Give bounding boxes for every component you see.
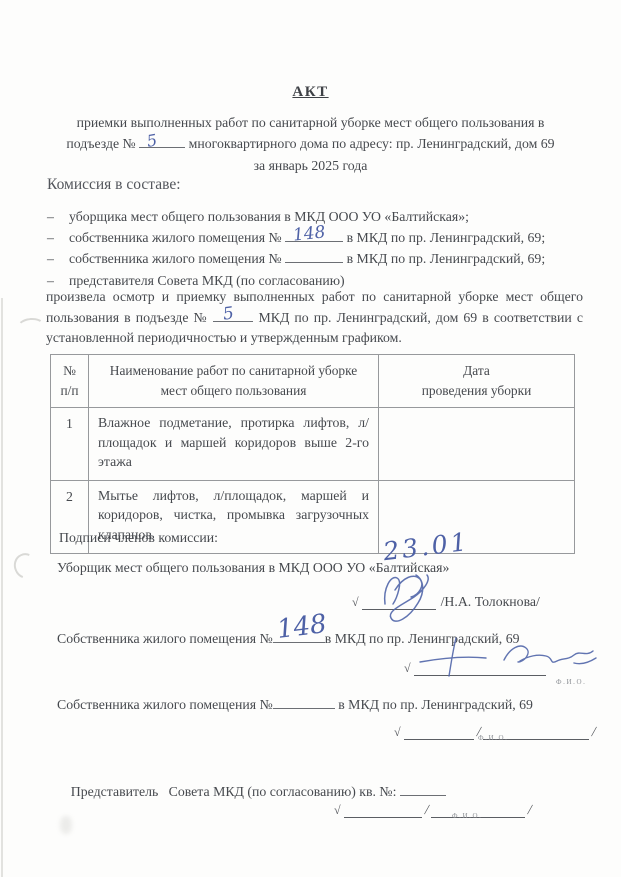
commission-item-owner1: – собственника жилого помещения № 148 в … bbox=[47, 227, 583, 248]
commission-item-text: собственника жилого помещения № в МКД по… bbox=[69, 248, 545, 269]
commission-list: – уборщика мест общего пользования в МКД… bbox=[47, 206, 583, 291]
checkmark: √ bbox=[394, 725, 401, 740]
entrance-number-blank-2: 5 bbox=[213, 307, 253, 322]
subtitle-line2-post: многоквартирного дома по адресу: пр. Лен… bbox=[189, 136, 555, 151]
owner1-apartment-handwritten: 148 bbox=[275, 609, 328, 645]
signature-line bbox=[404, 721, 474, 740]
document-title: АКТ bbox=[0, 84, 621, 101]
entrance-number-blank: 5 bbox=[139, 133, 185, 148]
row-date-cell: 23.01 bbox=[379, 480, 575, 553]
scan-edge-line bbox=[1, 298, 3, 877]
row-date-cell bbox=[379, 408, 575, 481]
representative-apartment-blank bbox=[400, 781, 446, 796]
dash-marker: – bbox=[47, 227, 69, 248]
apartment-number-handwritten: 148 bbox=[292, 220, 327, 249]
owner1-apartment-blank: 148 bbox=[273, 628, 325, 643]
table-header-num: № п/п bbox=[51, 355, 89, 408]
apartment-number-blank: 148 bbox=[285, 227, 343, 242]
fio-label: Ф.И.О. bbox=[556, 678, 587, 686]
entrance-number-handwritten-2: 5 bbox=[222, 301, 236, 327]
checkmark: √ bbox=[404, 661, 411, 676]
owner1-signature-label: Собственника жилого помещения №148в МКД … bbox=[57, 628, 520, 647]
owner2-signature-label: Собственника жилого помещения № в МКД по… bbox=[57, 694, 533, 713]
scan-smudge bbox=[60, 816, 72, 834]
signature-line bbox=[362, 591, 436, 610]
table-header-row: № п/п Наименование работ по санитарной у… bbox=[51, 355, 575, 408]
subtitle-line1: приемки выполненных работ по санитарной … bbox=[50, 112, 571, 133]
cleaner-signature-label: Уборщик мест общего пользования в МКД ОО… bbox=[57, 560, 449, 576]
fio-label: Ф.И.О. bbox=[452, 812, 483, 820]
signatures-heading: Подписи членов комиссии: bbox=[59, 530, 218, 546]
fio-label: Ф.И.О. bbox=[478, 734, 509, 742]
separator-slash: / bbox=[591, 724, 598, 740]
separator-slash: / bbox=[527, 802, 534, 818]
commission-item-owner2: – собственника жилого помещения № в МКД … bbox=[47, 248, 583, 269]
separator-slash: / bbox=[423, 802, 430, 818]
row-number: 1 bbox=[51, 408, 89, 481]
dash-marker: – bbox=[47, 248, 69, 269]
punch-hole-mark-bottom bbox=[10, 549, 43, 583]
table-header-date: Дата проведения уборки bbox=[379, 355, 575, 408]
document-subtitle: приемки выполненных работ по санитарной … bbox=[50, 112, 571, 176]
signature-line bbox=[344, 799, 422, 818]
works-table: № п/п Наименование работ по санитарной у… bbox=[50, 354, 575, 554]
owner1-signature-row: √ bbox=[404, 654, 546, 676]
acceptance-paragraph: произвела осмотр и приемку выполненных р… bbox=[46, 287, 583, 348]
commission-heading: Комиссия в составе: bbox=[47, 176, 181, 194]
subtitle-line2: подъезде № 5 многоквартирного дома по ад… bbox=[50, 133, 571, 154]
cleaner-signature-row: √ /Н.А. Толокнова/ bbox=[352, 588, 540, 610]
cleaner-name: /Н.А. Толокнова/ bbox=[441, 594, 540, 610]
row-work-description: Влажное подметание, протирка лифтов, л/п… bbox=[89, 408, 379, 481]
table-row: 1 Влажное подметание, протирка лифтов, л… bbox=[51, 408, 575, 481]
dash-marker: – bbox=[47, 206, 69, 227]
table-header-work: Наименование работ по санитарной уборке … bbox=[89, 355, 379, 408]
owner2-apartment-blank bbox=[273, 694, 335, 709]
checkmark: √ bbox=[352, 595, 359, 610]
punch-hole-mark-top bbox=[16, 317, 45, 337]
commission-item-text: уборщика мест общего пользования в МКД О… bbox=[69, 206, 469, 227]
subtitle-line2-pre: подъезде № bbox=[66, 136, 135, 151]
checkmark: √ bbox=[334, 803, 341, 818]
entrance-number-handwritten: 5 bbox=[145, 129, 159, 155]
commission-item-text: собственника жилого помещения № 148 в МК… bbox=[69, 227, 545, 248]
subtitle-line3: за январь 2025 года bbox=[50, 155, 571, 176]
scanned-act-document: АКТ приемки выполненных работ по санитар… bbox=[0, 0, 621, 877]
signature-line bbox=[414, 657, 546, 676]
representative-signature-row: √ / / bbox=[334, 796, 535, 818]
apartment-number-blank-empty bbox=[285, 248, 343, 263]
